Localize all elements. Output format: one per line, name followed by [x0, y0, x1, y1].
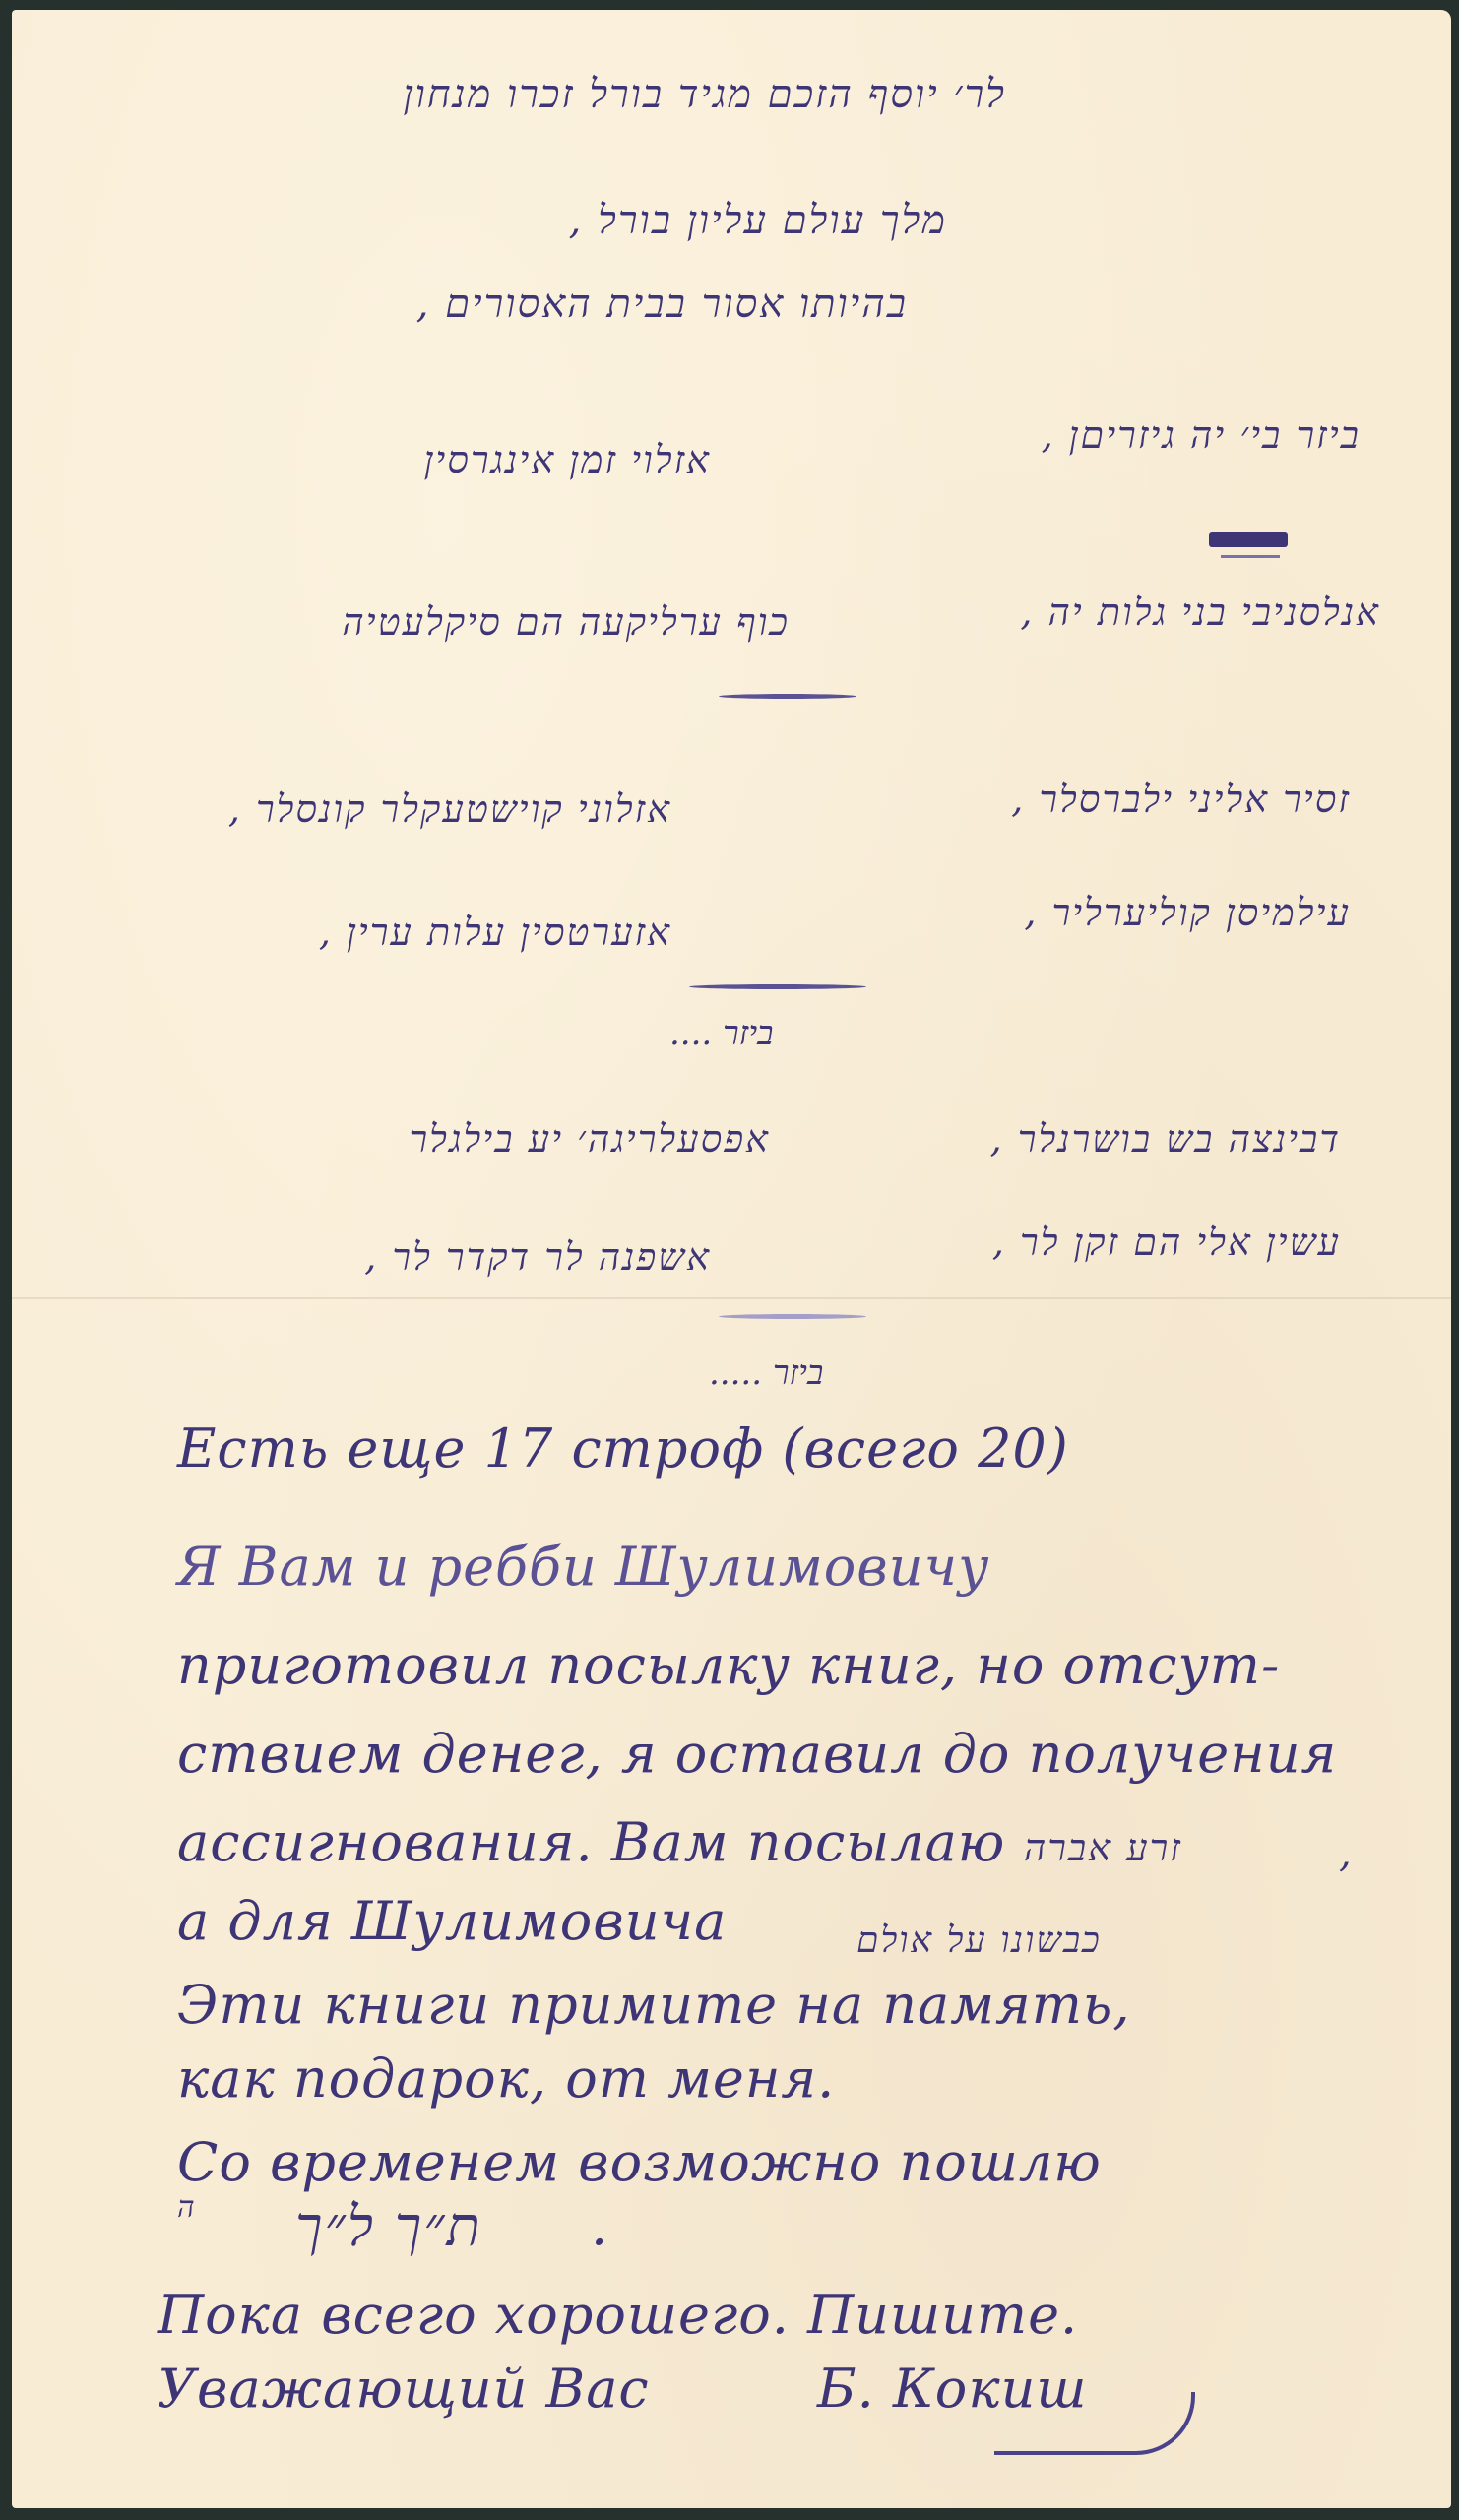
poem-refrain-1: ביזר ....	[669, 1014, 774, 1053]
letter-line-7: Эти книги примите на память,	[177, 1974, 1131, 2036]
letter-line-11: Пока всего хорошего. Пишите.	[158, 2284, 1078, 2346]
letter-line-5: ассигнования. Вам посылаю	[177, 1811, 1005, 1873]
dedication-line-3: בהיותו אסור בבית האסורים ,	[416, 281, 908, 327]
inline-hebrew-3: ת״ך ל״ך	[295, 2195, 482, 2259]
poem-stanza2-line2-left: אזערטסין עלות ערין ,	[319, 911, 671, 955]
poem-stanza3-line2-left: אשפנה לר דקדר לר ,	[364, 1235, 711, 1280]
dedication-line-2: מלך עולם עליון בורל ,	[569, 197, 947, 243]
poem-stanza1-line2-right: אנלסניבי בני גלות יה ,	[1020, 591, 1380, 635]
letter-line-9: Со временем возможно пошлю	[177, 2131, 1102, 2193]
stanza-divider-3	[719, 1314, 866, 1319]
inline-hebrew-3-prefix: ה	[177, 2190, 196, 2225]
letter-line-4: ствием денег, я оставил до получения	[177, 1723, 1337, 1785]
letter-line-1: Есть еще 17 строф (всего 20)	[177, 1417, 1069, 1480]
paper-fold-line	[12, 1297, 1451, 1299]
stanza-divider-2	[689, 984, 866, 989]
inline-hebrew-book-1: זרע אברה	[1024, 1826, 1182, 1870]
letter-line-3: приготовил посылку книг, но отсут-	[177, 1634, 1280, 1696]
poem-refrain-2: ביזר .....	[709, 1354, 823, 1393]
poem-stanza1-line2-left: כוף ערליקעה הם סיקלעטיה	[342, 600, 790, 645]
struck-word-mark	[1209, 532, 1288, 547]
poem-stanza2-line2-right: עילמיסן קוליערליר ,	[1024, 891, 1351, 935]
poem-stanza3-line2-right: עשין אלי הם זקן לר ,	[992, 1221, 1341, 1265]
poem-stanza2-line1-right: זסיר אליני ילברסלר ,	[1011, 778, 1351, 822]
letter-line-8: как подарок, от меня.	[177, 2047, 835, 2110]
poem-stanza1-line1-right: ביזר בי׳ יה גיזריםן ,	[1042, 413, 1361, 458]
inline-hebrew-book-1-comma: ,	[1339, 1831, 1353, 1876]
letter-line-12: Уважающий Вас	[158, 2358, 650, 2420]
signature-flourish	[994, 2392, 1195, 2455]
stanza-divider-1	[719, 694, 856, 699]
dedication-line-1: לר׳ יוסף הזכם מגיד בורל זכרו מנחון	[403, 71, 1006, 117]
poem-stanza1-line1-left: אזלוי זמן אינגרסין	[424, 438, 711, 482]
poem-stanza3-line1-right: דבינצה בש בושרנלר ,	[990, 1117, 1341, 1162]
letter-line-6: а для Шулимовича	[177, 1890, 727, 1952]
poem-stanza3-line1-left: אפסעלריגה׳ יע בילגלר	[410, 1117, 771, 1162]
letter-line-10: .	[591, 2195, 608, 2257]
inline-hebrew-book-2: כבשונו על אולם	[856, 1920, 1102, 1961]
letter-line-2: Я Вам и ребби Шулимовичу	[177, 1536, 989, 1598]
poem-stanza2-line1-left: אזלוני קוישטעקלר קונסלר ,	[228, 787, 671, 832]
